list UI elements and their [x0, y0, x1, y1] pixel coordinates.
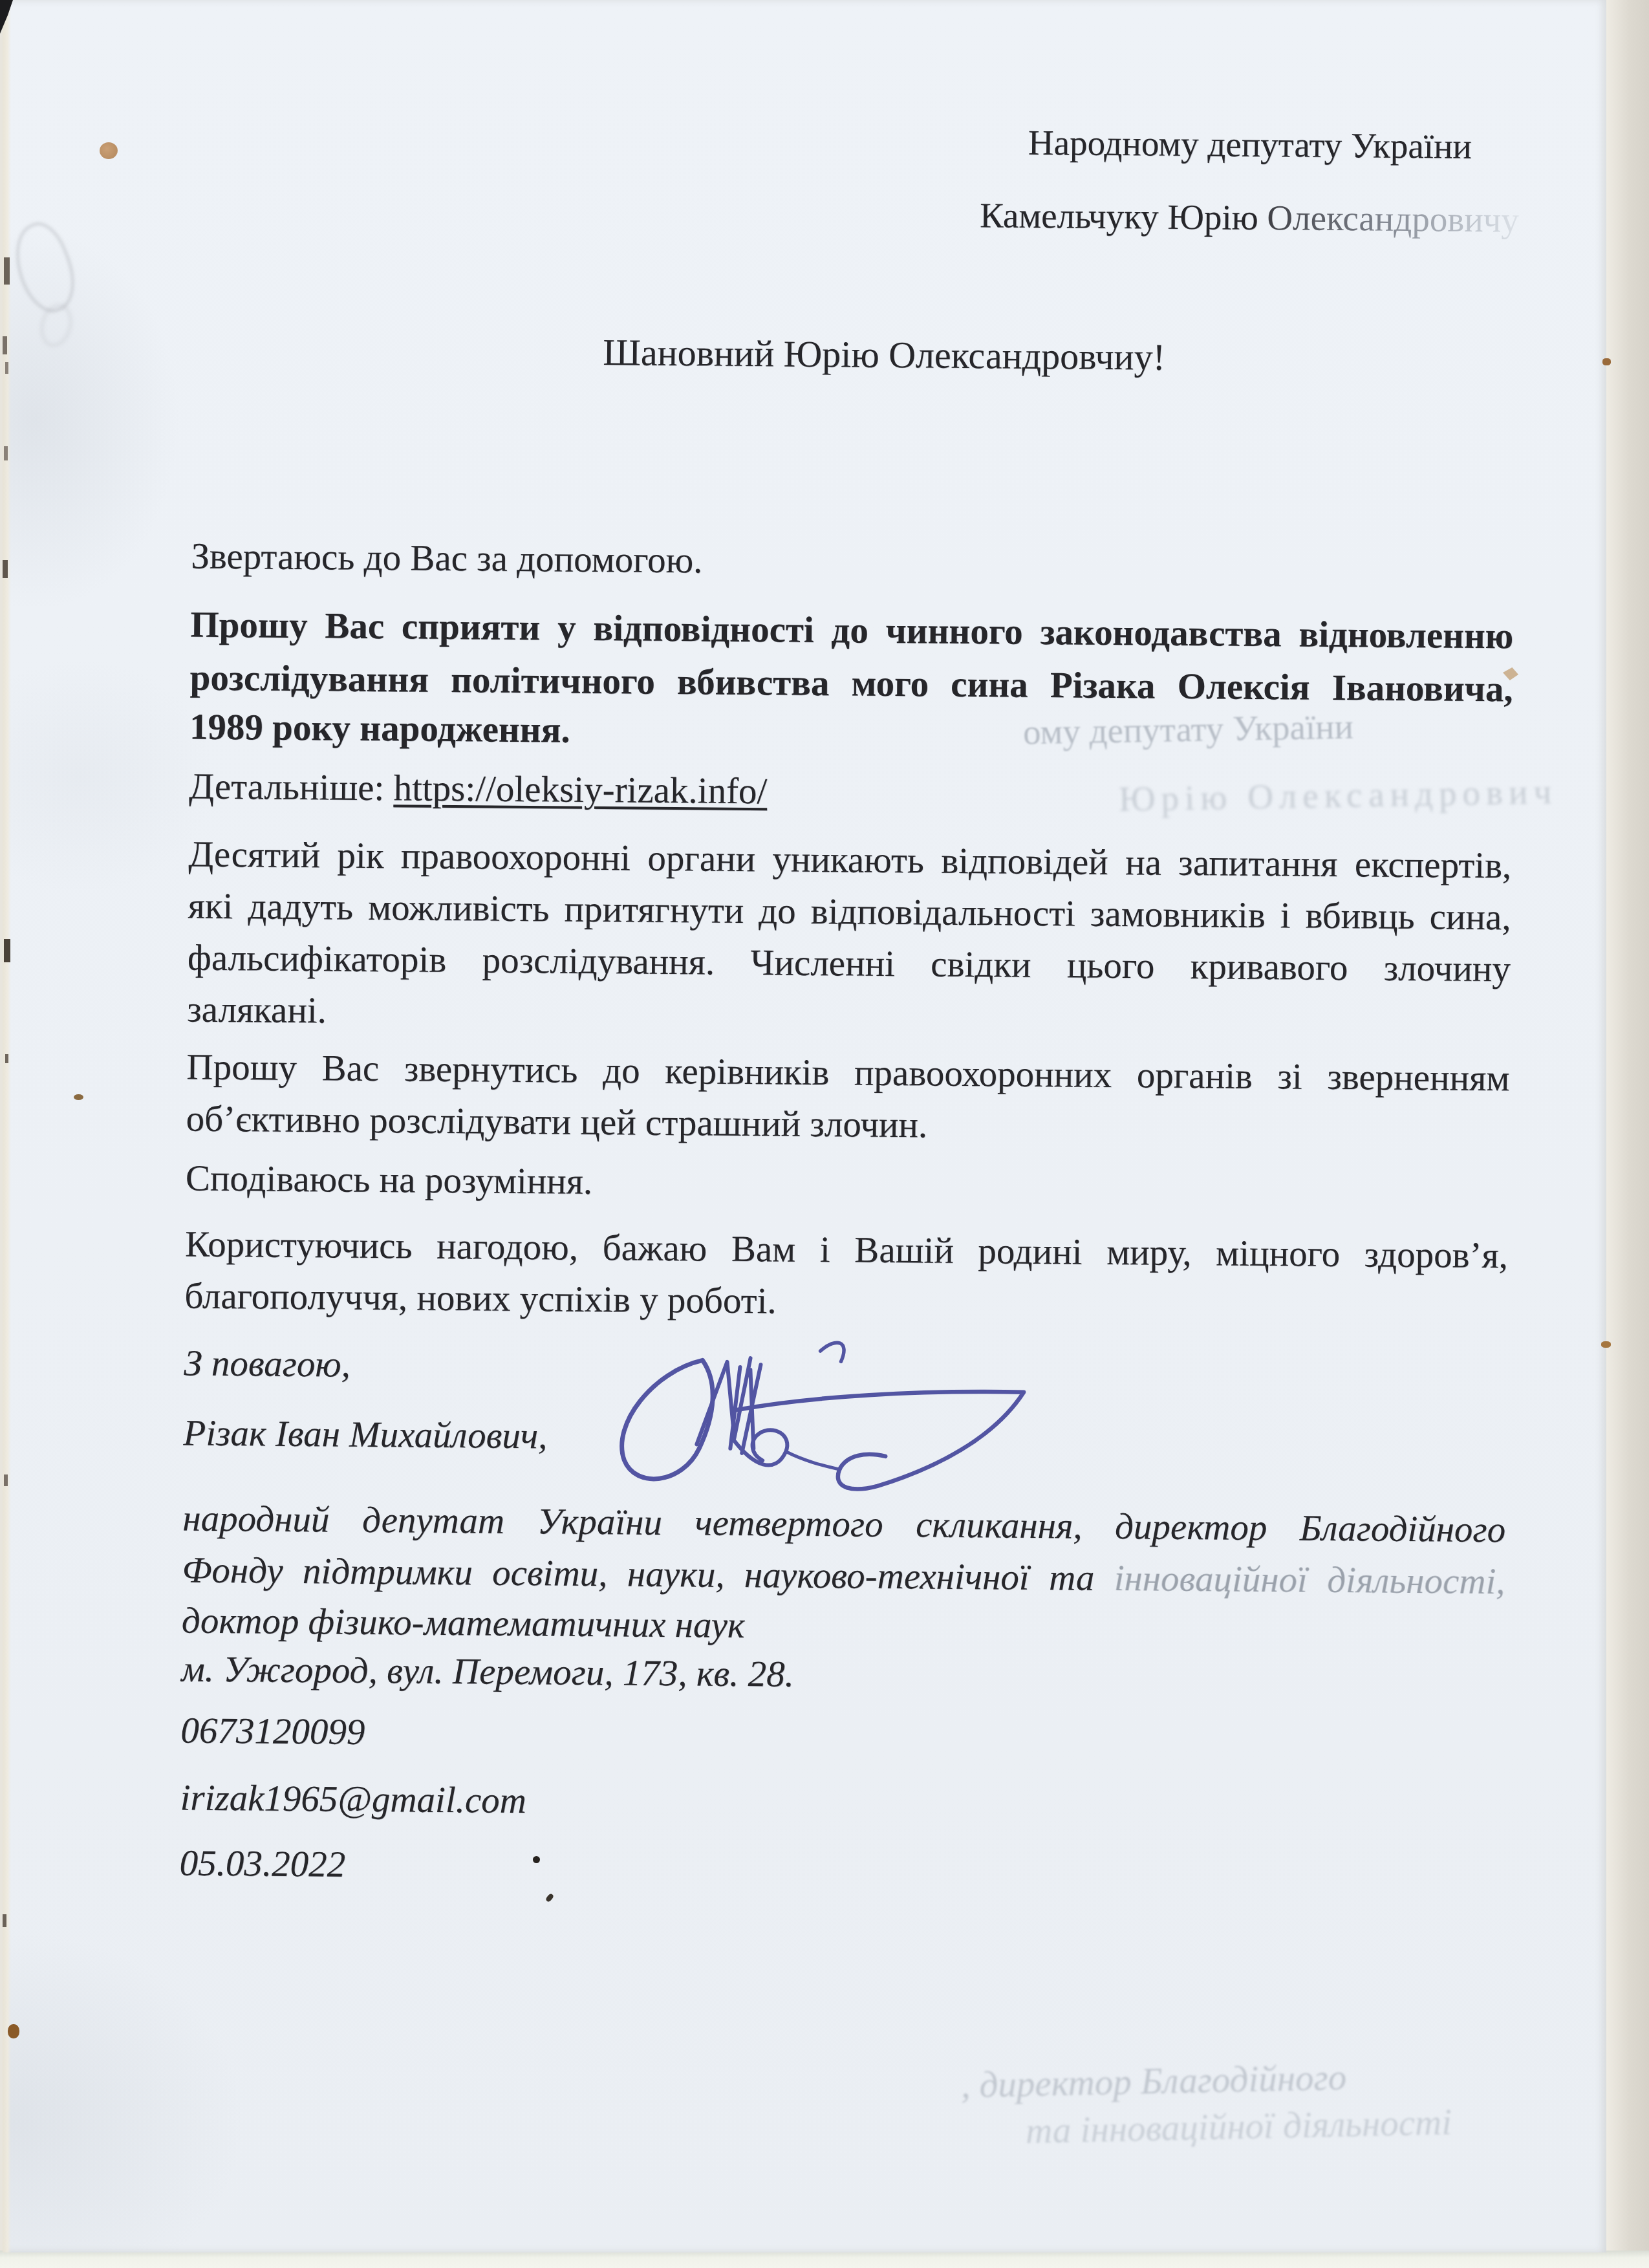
- paragraph-investigation-line-3: фальсифікаторів розслідування. Численні …: [188, 936, 1511, 991]
- paragraph-appeal-line-2: об’єктивно розслідувати цей страшний зло…: [186, 1097, 1509, 1152]
- sender-title-line-2: Фонду підтримки освіти, науки, науково-т…: [182, 1548, 1505, 1603]
- sender-phone: 0673120099: [180, 1709, 1504, 1764]
- scan-artifact-speck: [3, 336, 7, 354]
- details-line: Детальніше: https://oleksiy-rizak.info/: [189, 764, 1513, 819]
- sender-title-line-1: народний депутат України четвертого скли…: [182, 1496, 1506, 1551]
- paragraph-request-line-3: 1989 року народження.: [189, 706, 1513, 761]
- paragraph-investigation-line-4: залякані.: [187, 988, 1511, 1042]
- scanned-letter-page: { "colors": { "paper": "#edf1f6", "ink":…: [0, 0, 1649, 2268]
- link-url: https://oleksiy-rizak.info/: [393, 768, 767, 812]
- letter-content: Народному депутату України Камельчуку Юр…: [0, 0, 1616, 2267]
- paragraph-wishes-line-1: Користуючись нагодою, бажаю Вам і Вашій …: [185, 1222, 1509, 1277]
- letter-paper: ому депутату України Юрію Олександрович …: [3, 0, 1606, 2252]
- sender-email: irizak1965@gmail.com: [180, 1776, 1503, 1831]
- paragraph-request-line-2: розслідування політичного вбивства мого …: [189, 656, 1513, 711]
- scan-artifact-speck: [5, 362, 8, 374]
- salutation-line: Шановний Юрію Олександровчиу!: [222, 327, 1546, 383]
- recipient-name-faded: Олександровичу: [1267, 198, 1519, 239]
- sender-title-line-2-faded: інноваційної діяльності,: [1114, 1558, 1505, 1602]
- recipient-name-start: Камельчуку Юрію: [980, 195, 1267, 237]
- scan-artifact-speck: [4, 257, 10, 285]
- recipient-line-1: Народному депутату України: [875, 121, 1626, 169]
- paragraph-investigation-line-2: які дадуть можливість притягнути до відп…: [188, 884, 1511, 939]
- sender-address: м. Ужгород, вул. Перемоги, 173, кв. 28.: [181, 1647, 1505, 1702]
- details-label: Детальніше:: [189, 766, 394, 808]
- letter-date: 05.03.2022: [179, 1841, 1503, 1896]
- paragraph-request-line-1: Прошу Вас сприяти у відповідності до чин…: [190, 603, 1514, 658]
- sender-title-line-3: доктор фізико-математичних наук: [182, 1599, 1505, 1654]
- paragraph-intro: Звертаюсь до Вас за допомогою.: [191, 535, 1514, 590]
- paragraph-wishes-line-2: благополуччя, нових успіхів у роботі.: [184, 1274, 1508, 1329]
- paragraph-investigation-line-1: Десятий рік правоохоронні органи уникают…: [188, 832, 1512, 887]
- scan-artifact-speck: [4, 446, 8, 460]
- paragraph-appeal-line-1: Прошу Вас звернутись до керівників право…: [186, 1045, 1510, 1100]
- sender-title-line-2-start: Фонду підтримки освіти, науки, науково-т…: [182, 1550, 1114, 1599]
- recipient-line-2: Камельчуку Юрію Олександровичу: [874, 194, 1625, 243]
- paragraph-hope: Сподіваюсь на розуміння.: [186, 1156, 1509, 1211]
